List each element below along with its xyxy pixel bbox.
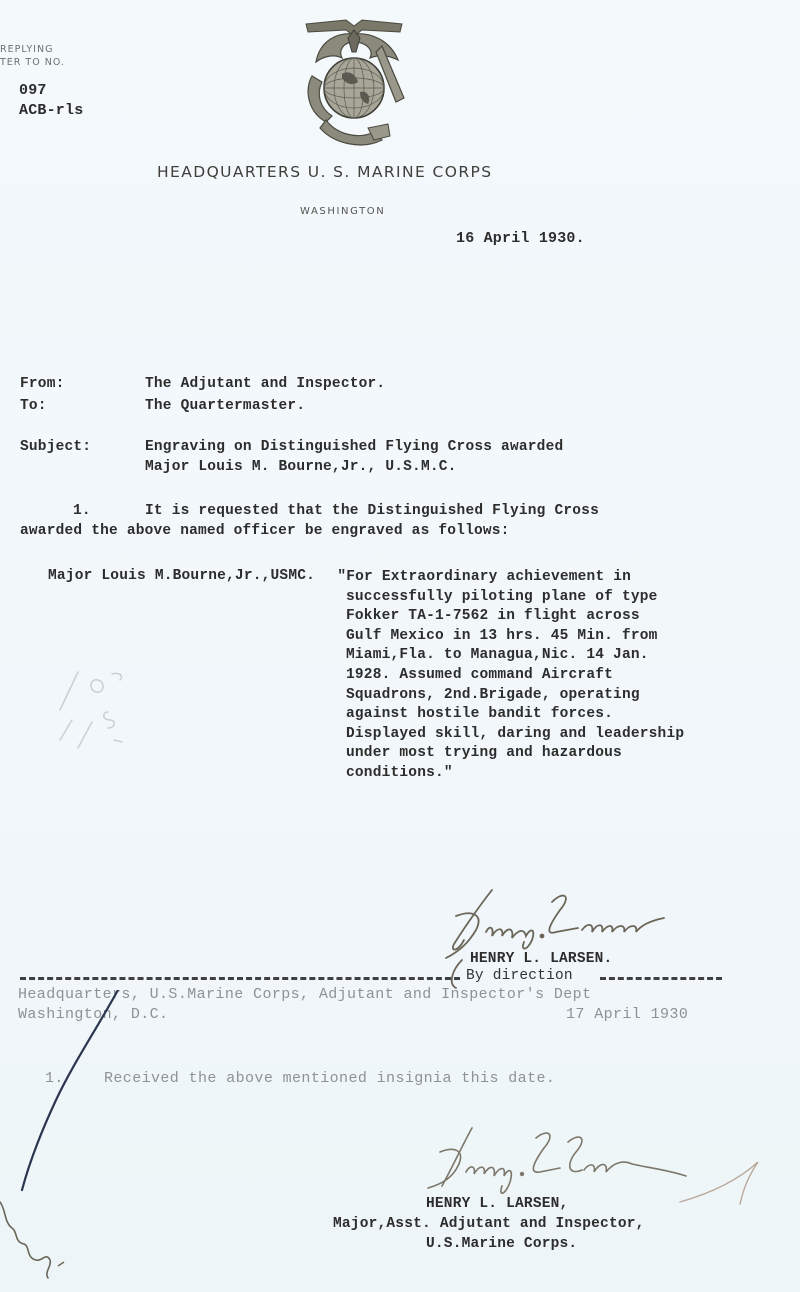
citation-line: successfully piloting plane of type bbox=[346, 588, 684, 608]
from-value: The Adjutant and Inspector. bbox=[145, 376, 385, 392]
letter-page: REPLYING TER TO NO. 097 ACB-rls HEADQUAR… bbox=[0, 0, 800, 1292]
endorsement-paragraph-text: Received the above mentioned insignia th… bbox=[104, 1070, 555, 1087]
signatory-1-name: HENRY L. LARSEN. bbox=[470, 951, 612, 967]
citation-line: Gulf Mexico in 13 hrs. 45 Min. from bbox=[346, 627, 684, 647]
citation-line: 1928. Assumed command Aircraft bbox=[346, 666, 684, 686]
pencil-annotation-icon bbox=[50, 660, 160, 770]
citation-line: under most trying and hazardous bbox=[346, 744, 684, 764]
paragraph-line-1: It is requested that the Distinguished F… bbox=[145, 503, 599, 519]
letter-date: 16 April 1930. bbox=[456, 230, 585, 247]
separator-dashes-right bbox=[600, 977, 722, 980]
subject-label: Subject: bbox=[20, 439, 91, 455]
separator-dashes-left bbox=[20, 977, 460, 980]
to-value: The Quartermaster. bbox=[145, 398, 305, 414]
citation-line: "For Extraordinary achievement in bbox=[337, 568, 684, 588]
subject-line-2: Major Louis M. Bourne,Jr., U.S.M.C. bbox=[145, 459, 457, 475]
citation-text: "For Extraordinary achievement insuccess… bbox=[346, 568, 684, 784]
signatory-2-title-1: Major,Asst. Adjutant and Inspector, bbox=[333, 1216, 645, 1232]
pen-stroke-icon bbox=[0, 990, 140, 1292]
citation-line: Miami,Fla. to Managua,Nic. 14 Jan. bbox=[346, 646, 684, 666]
reply-ref-label-2: TER TO NO. bbox=[0, 57, 65, 69]
endorsement-date: 17 April 1930 bbox=[566, 1006, 688, 1023]
ref-initials: ACB-rls bbox=[19, 102, 83, 119]
citation-line: Displayed skill, daring and leadership bbox=[346, 725, 684, 745]
subject-line-1: Engraving on Distinguished Flying Cross … bbox=[145, 439, 563, 455]
citation-name: Major Louis M.Bourne,Jr.,USMC. bbox=[48, 568, 315, 584]
citation-line: against hostile bandit forces. bbox=[346, 705, 684, 725]
citation-line: Fokker TA-1-7562 in flight across bbox=[346, 607, 684, 627]
from-label: From: bbox=[20, 376, 65, 392]
organization-city: WASHINGTON bbox=[300, 206, 385, 217]
paragraph-number: 1. bbox=[73, 503, 91, 519]
ref-number: 097 bbox=[19, 82, 47, 99]
paragraph-line-2: awarded the above named officer be engra… bbox=[20, 523, 510, 539]
organization-title: HEADQUARTERS U. S. MARINE CORPS bbox=[157, 163, 492, 181]
signatory-2-name: HENRY L. LARSEN, bbox=[426, 1196, 568, 1212]
citation-line: conditions." bbox=[346, 764, 684, 784]
reply-ref-label-1: REPLYING bbox=[0, 44, 53, 56]
to-label: To: bbox=[20, 398, 47, 414]
eagle-globe-anchor-icon bbox=[298, 12, 410, 148]
by-direction-label: By direction bbox=[466, 968, 573, 984]
citation-line: Squadrons, 2nd.Brigade, operating bbox=[346, 686, 684, 706]
signatory-2-title-2: U.S.Marine Corps. bbox=[426, 1236, 577, 1252]
